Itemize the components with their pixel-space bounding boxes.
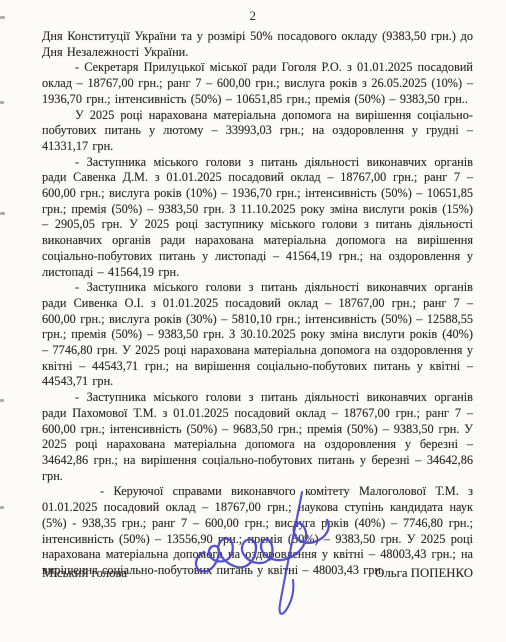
body-paragraph: - Заступника міського голови з питань ді…: [42, 390, 473, 484]
body-paragraph: Дня Конституції України та у розмірі 50%…: [42, 29, 473, 60]
body-paragraph: У 2025 році нарахована матеріальна допом…: [42, 108, 473, 155]
signer-title: Міський голова: [42, 566, 127, 581]
scan-artifact: [0, 16, 5, 19]
scan-artifact: [0, 399, 4, 402]
signature-block: Міський голова Ольга ПОПЕНКО: [42, 566, 473, 581]
document-page: 2 Дня Конституції України та у розмірі 5…: [0, 0, 506, 642]
body-paragraph: - Секретаря Прилуцької міської ради Гого…: [42, 60, 473, 107]
page-number: 2: [0, 8, 506, 24]
body-paragraph: - Заступника міського голови з питань ді…: [42, 280, 473, 390]
body-paragraph: - Заступника міського голови з питань ді…: [42, 155, 473, 281]
body-paragraph: - Керуючої справами виконавчого комітету…: [42, 484, 473, 578]
scan-artifact: [0, 212, 5, 215]
document-body: Дня Конституції України та у розмірі 50%…: [42, 29, 473, 579]
scan-artifact: [0, 101, 4, 104]
signer-name: Ольга ПОПЕНКО: [375, 566, 473, 581]
scan-artifact: [0, 506, 4, 509]
